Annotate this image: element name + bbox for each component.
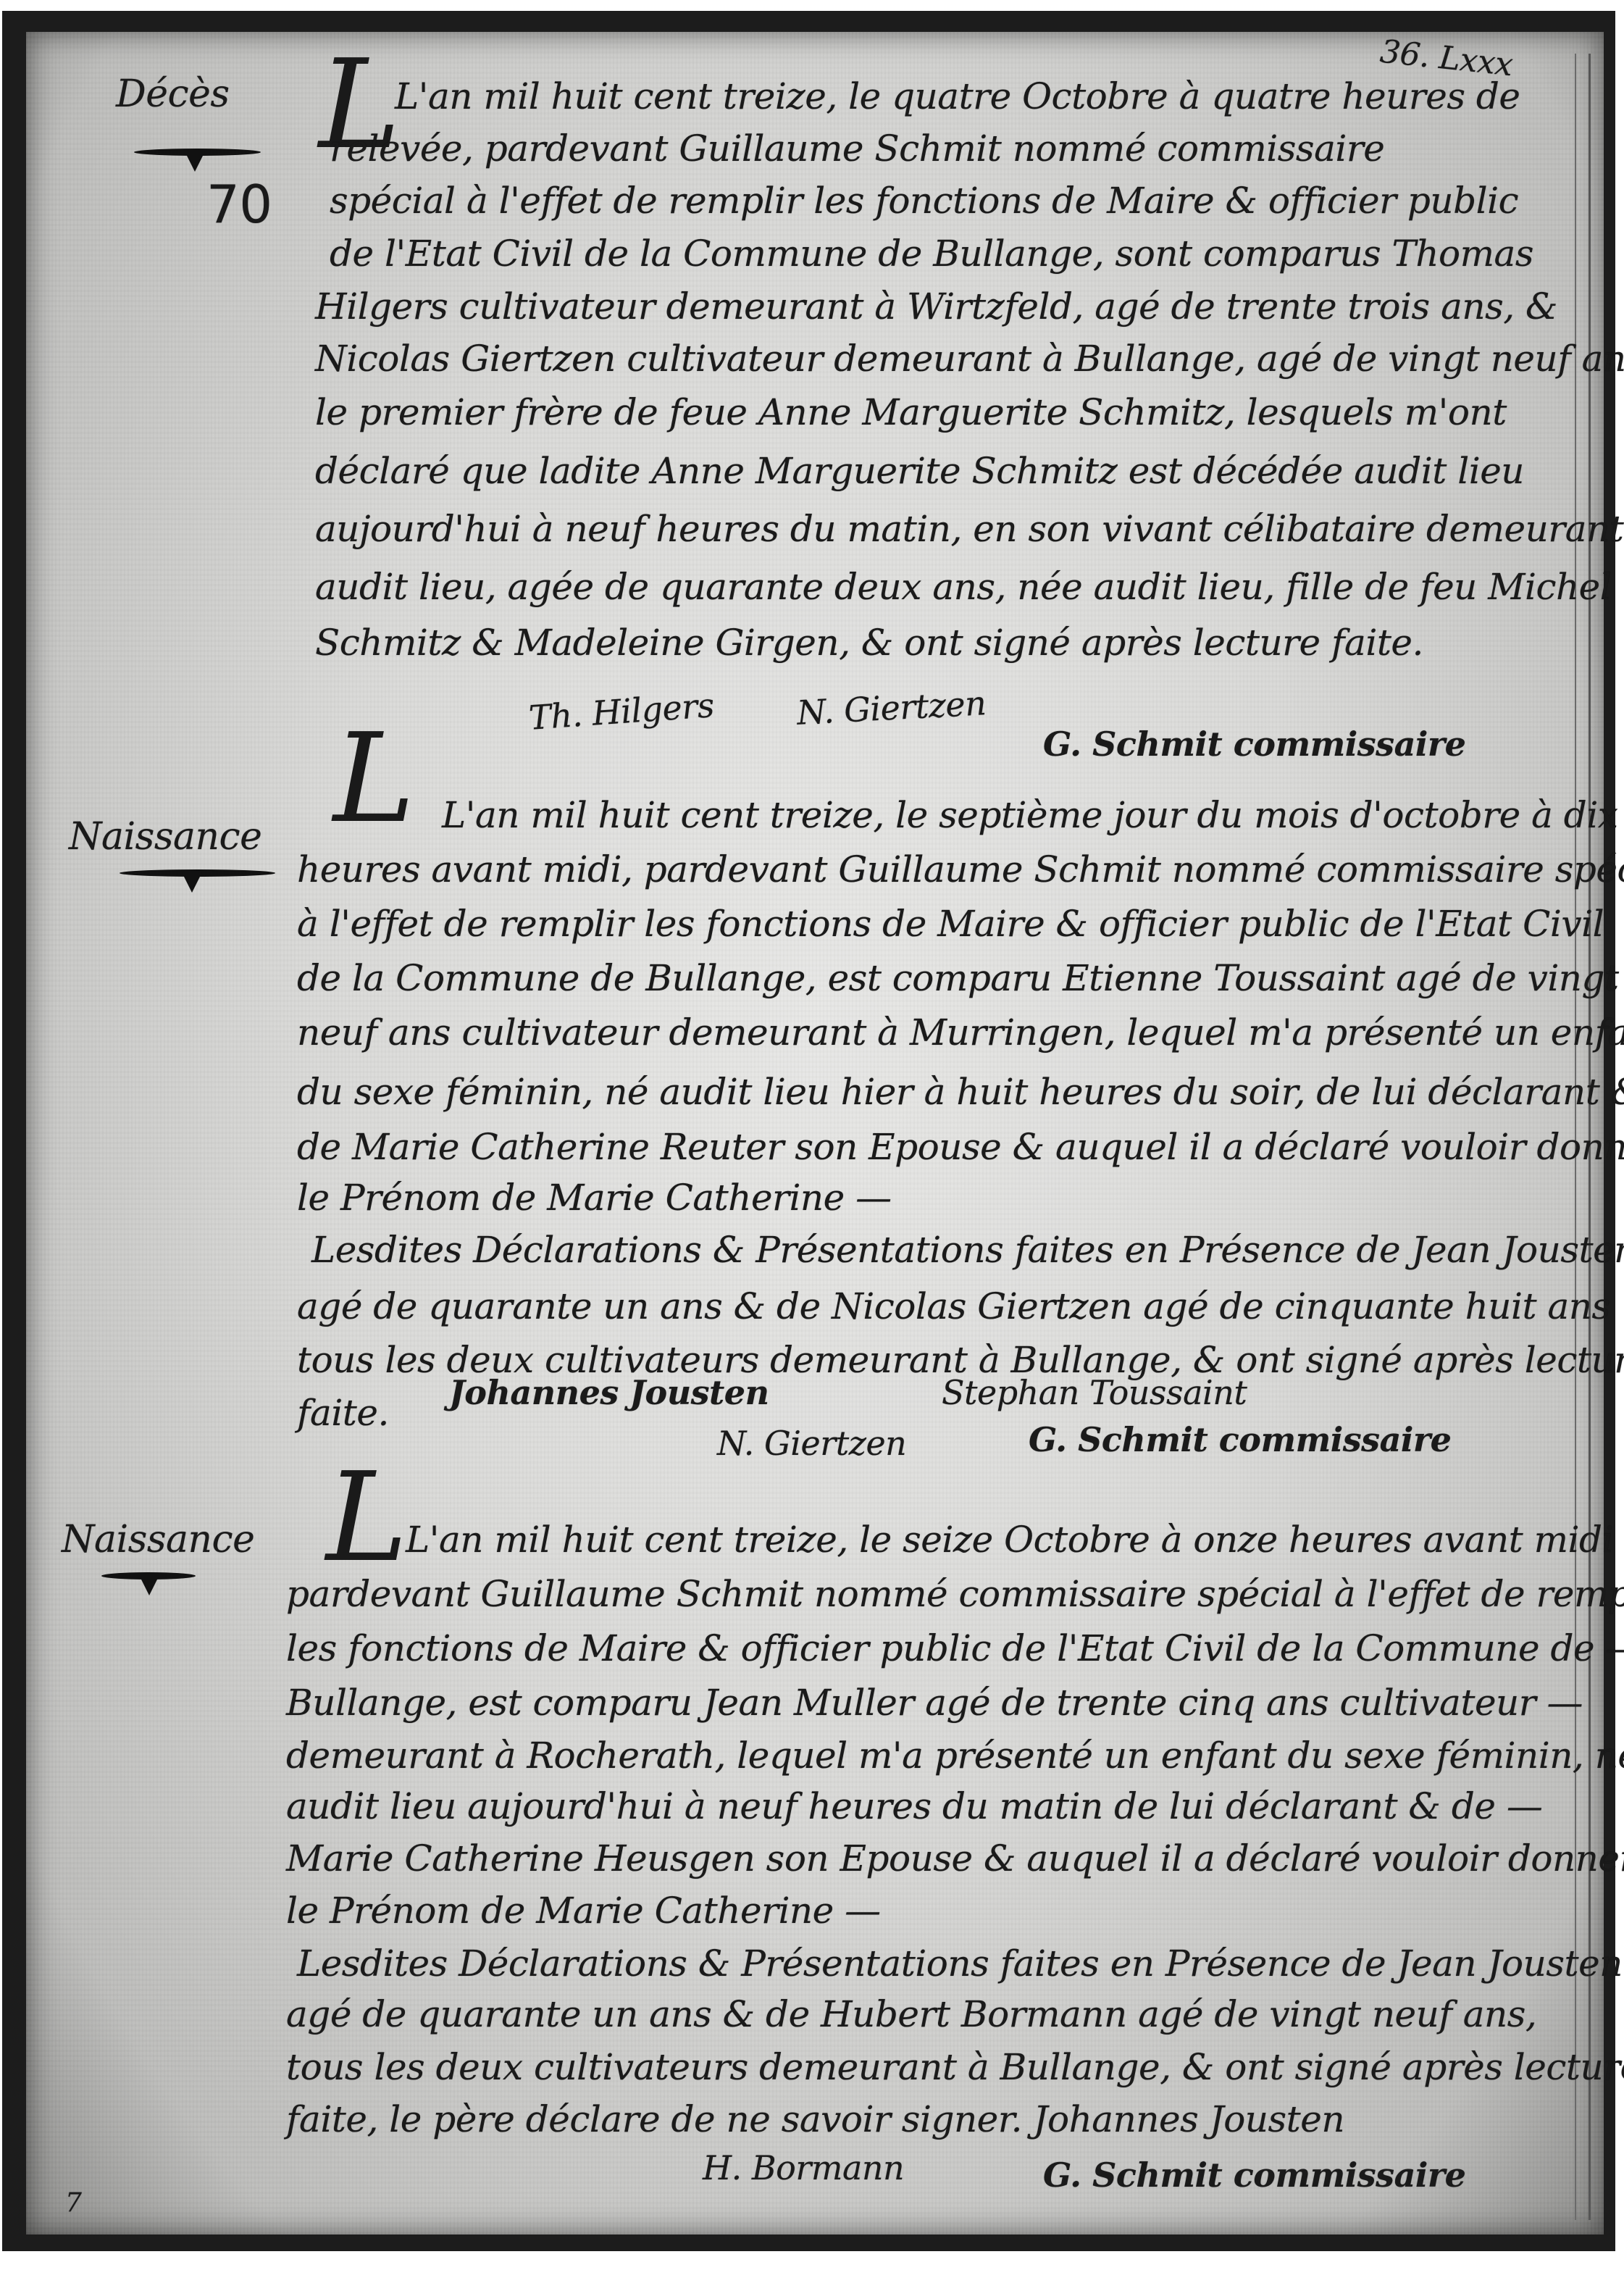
signature: Stephan Toussaint [942, 1373, 1247, 1412]
text-line: heures avant midi, pardevant Guillaume S… [297, 851, 1624, 888]
signature: N. Giertzen [717, 1424, 906, 1463]
margin-label-naissance: Naissance [62, 1518, 254, 1561]
signature-commissaire: G. Schmit commissaire [1043, 2156, 1465, 2195]
initial-letter-L: L [333, 717, 415, 840]
text-line: de Marie Catherine Reuter son Epouse & a… [297, 1129, 1624, 1165]
text-line: à l'effet de remplir les fonctions de Ma… [297, 906, 1604, 942]
signature: Johannes Jousten [449, 1373, 769, 1412]
entry-number: 70 [206, 174, 272, 235]
text-line: déclaré que ladite Anne Marguerite Schmi… [315, 453, 1524, 489]
text-line: le Prénom de Marie Catherine — [297, 1180, 892, 1216]
signature-commissaire: G. Schmit commissaire [1043, 725, 1465, 764]
margin-flourish [101, 1572, 196, 1580]
text-line: agé de quarante un ans & de Nicolas Gier… [297, 1288, 1610, 1324]
initial-letter-L: L [326, 1456, 408, 1580]
text-line: le premier frère de feue Anne Marguerite… [315, 394, 1507, 430]
text-line: Bullange, est comparu Jean Muller agé de… [286, 1685, 1583, 1721]
text-line: Lesdites Déclarations & Présentations fa… [297, 1945, 1623, 1982]
text-line: relevée, pardevant Guillaume Schmit nomm… [330, 130, 1384, 167]
margin-label-deces: Décès [116, 72, 230, 116]
text-line: pardevant Guillaume Schmit nommé commiss… [286, 1576, 1624, 1612]
text-line: de l'Etat Civil de la Commune de Bullang… [330, 235, 1533, 272]
text-line: faite, le père déclare de ne savoir sign… [286, 2101, 1344, 2137]
text-line: spécial à l'effet de remplir les fonctio… [330, 183, 1518, 219]
text-line: L'an mil huit cent treize, le quatre Oct… [395, 78, 1520, 114]
margin-label-naissance: Naissance [69, 815, 261, 859]
text-line: neuf ans cultivateur demeurant à Murring… [297, 1014, 1624, 1051]
text-line: le Prénom de Marie Catherine — [286, 1893, 881, 1929]
text-line: les fonctions de Maire & officier public… [286, 1630, 1624, 1666]
text-line: faite. [297, 1395, 389, 1431]
margin-flourish [120, 869, 275, 877]
text-line: Schmitz & Madeleine Girgen, & ont signé … [315, 625, 1423, 661]
text-line: de la Commune de Bullange, est comparu E… [297, 960, 1619, 996]
text-line: tous les deux cultivateurs demeurant à B… [286, 2049, 1624, 2085]
text-line: L'an mil huit cent treize, le septième j… [442, 797, 1618, 833]
margin-flourish [134, 149, 261, 156]
signature-commissaire: G. Schmit commissaire [1029, 1420, 1451, 1459]
text-line: Hilgers cultivateur demeurant à Wirtzfel… [315, 288, 1557, 325]
text-line: audit lieu aujourd'hui à neuf heures du … [286, 1788, 1542, 1824]
text-line: aujourd'hui à neuf heures du matin, en s… [315, 511, 1623, 547]
text-line: du sexe féminin, né audit lieu hier à hu… [297, 1074, 1624, 1110]
page-footer-mark: 7 [65, 2188, 81, 2218]
text-line: agé de quarante un ans & de Hubert Borma… [286, 1996, 1536, 2032]
text-line: Marie Catherine Heusgen son Epouse & auq… [286, 1840, 1624, 1877]
text-line: Nicolas Giertzen cultivateur demeurant à… [315, 341, 1624, 377]
signature: H. Bormann [703, 2148, 904, 2187]
text-line: L'an mil huit cent treize, le seize Octo… [406, 1522, 1613, 1558]
text-line: audit lieu, agée de quarante deux ans, n… [315, 569, 1611, 605]
text-line: Lesdites Déclarations & Présentations fa… [311, 1232, 1624, 1268]
text-line: demeurant à Rocherath, lequel m'a présen… [286, 1737, 1624, 1774]
